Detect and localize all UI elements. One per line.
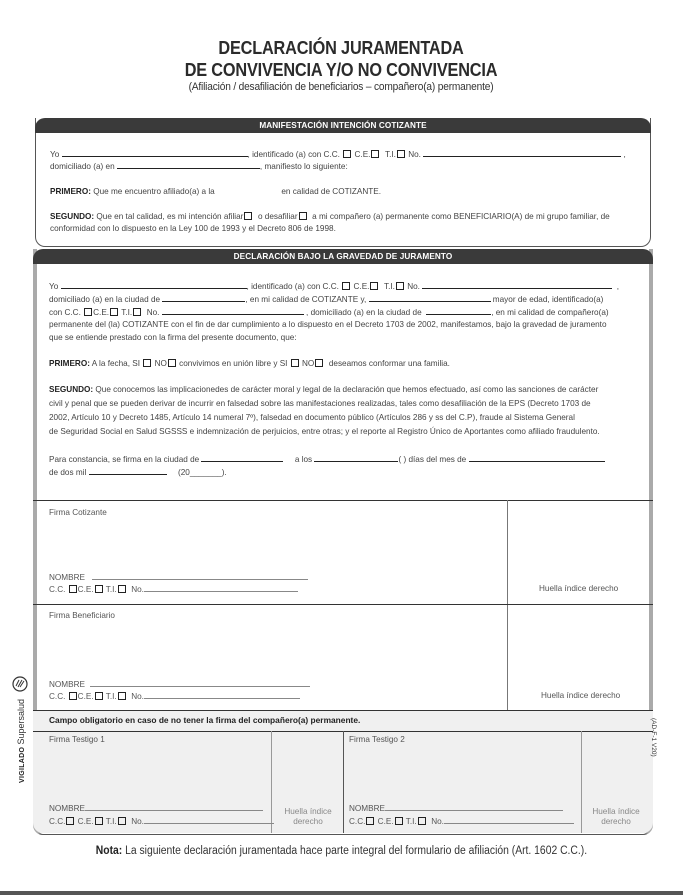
huella-testigo1-label: Huella índice derecho [273, 807, 343, 827]
month-field[interactable] [469, 453, 605, 462]
label: C.E. [355, 150, 371, 159]
s2-segundo-line4: de Seguridad Social en Salud SGSSS e ind… [49, 426, 600, 437]
label: , [624, 150, 626, 159]
text: A la fecha, SI [92, 359, 140, 368]
campo-obligatorio-notice: Campo obligatorio en caso de no tener la… [49, 715, 360, 726]
firma-testigo1-area[interactable] [49, 747, 264, 797]
ti-checkbox[interactable] [397, 150, 405, 158]
huella-beneficiario-label: Huella índice derecho [541, 691, 620, 700]
year-field[interactable] [89, 466, 167, 475]
beneficiario-id-row: C.C. C.E. T.I. No. [49, 690, 300, 701]
s2-line3: con C.C. C.E. T.I. No. , domiciliado (a)… [49, 306, 609, 318]
ce-checkbox[interactable] [95, 692, 103, 700]
bottom-border [0, 891, 683, 895]
ce-checkbox[interactable] [95, 817, 103, 825]
label: derecho [273, 817, 343, 827]
label: No. [131, 817, 144, 826]
testigo2-nombre-row: NOMBRE [349, 802, 563, 813]
label: PRIMERO: [50, 187, 91, 196]
firma-cotizante-area[interactable] [49, 519, 499, 574]
label: T.I. [406, 817, 417, 826]
label: derecho [582, 817, 650, 827]
desafiliar-checkbox[interactable] [299, 212, 307, 220]
name-field[interactable] [61, 280, 247, 289]
cotizante-nombre-row: NOMBRE [49, 571, 308, 582]
note-text: La siguiente declaración juramentada hac… [122, 845, 587, 857]
cc-checkbox[interactable] [342, 282, 350, 290]
s2-line4: permanente del (la) COTIZANTE con el fin… [49, 319, 607, 330]
nombre-field[interactable] [90, 678, 310, 687]
cc-checkbox[interactable] [366, 817, 374, 825]
s2-line5: que se entiende prestado con la firma de… [49, 332, 297, 343]
firma-testigo1-label: Firma Testigo 1 [49, 735, 105, 744]
label: NOMBRE [349, 804, 385, 813]
s2-constancia-line2: de dos mil (20_______). [49, 466, 227, 478]
id-number-field[interactable] [422, 280, 612, 289]
huella-testigo2-label: Huella índice derecho [582, 807, 650, 827]
text: en calidad de COTIZANTE. [281, 187, 381, 196]
cc-checkbox[interactable] [69, 692, 77, 700]
id-number-field[interactable] [423, 148, 621, 157]
label: domiciliado (a) en [50, 162, 115, 171]
text: Que en tal calidad, es mi intención afil… [96, 212, 243, 221]
id-number-field[interactable] [144, 583, 298, 592]
firma-beneficiario-label: Firma Beneficiario [49, 611, 115, 620]
form-code: (AD-F-1 V20) [650, 718, 657, 757]
s1-segundo-line1: SEGUNDO: Que en tal calidad, es mi inten… [50, 211, 610, 222]
cotizante-id-row: C.C. C.E. T.I. No. [49, 583, 298, 594]
text: convivimos en unión libre y SI [179, 359, 287, 368]
signing-city-field[interactable] [201, 453, 283, 462]
brand-label: Supersalud [16, 699, 26, 745]
cc-checkbox[interactable] [66, 817, 74, 825]
section-heading: DECLARACIÓN BAJO LA GRAVEDAD DE JURAMENT… [33, 249, 653, 264]
label: T.I. [385, 150, 396, 159]
text: a mi compañero (a) permanente como BENEF… [312, 212, 610, 221]
vigilado-label: VIGILADO [19, 747, 26, 783]
name-field[interactable] [62, 148, 248, 157]
beneficiario-nombre-row: NOMBRE [49, 678, 310, 689]
s2-segundo-line1: SEGUNDO: Que conocemos las implicacioned… [49, 384, 598, 395]
id-number-field[interactable] [162, 306, 304, 315]
ti-checkbox[interactable] [418, 817, 426, 825]
s2-primero: PRIMERO: A la fecha, SI NO convivimos en… [49, 358, 450, 369]
label: Yo [49, 282, 58, 291]
label: , identificado (a) con C.C. [248, 150, 340, 159]
text: Que conocemos las implicacionedes de car… [95, 385, 598, 394]
label: T.I. [384, 282, 395, 291]
label: PRIMERO: [49, 359, 90, 368]
testigo1-id-row: C.C. C.E. T.I. No. [49, 815, 274, 826]
label: ( ) días del mes de [398, 455, 466, 464]
ti-checkbox[interactable] [118, 585, 126, 593]
city-field[interactable] [162, 293, 245, 302]
label: Para constancia, se firma en la ciudad d… [49, 455, 199, 464]
label: No. [147, 308, 160, 317]
testigo1-nombre-row: NOMBRE [49, 802, 263, 813]
document-title-line1: DECLARACIÓN JURAMENTADA [0, 37, 683, 59]
label: mayor de edad, identificado(a) [493, 295, 604, 304]
note-label: Nota: [96, 845, 122, 857]
label: Huella índice [582, 807, 650, 817]
label: C.E. [93, 308, 109, 317]
firma-testigo2-label: Firma Testigo 2 [349, 735, 405, 744]
familia-no-checkbox[interactable] [315, 359, 323, 367]
firma-beneficiario-area[interactable] [49, 623, 499, 678]
label: a los [295, 455, 312, 464]
label: T.I. [106, 692, 117, 701]
afiliar-checkbox[interactable] [244, 212, 252, 220]
nombre-field[interactable] [92, 571, 308, 580]
label: NOMBRE [49, 680, 85, 689]
convivimos-no-checkbox[interactable] [168, 359, 176, 367]
document-title-line2: DE CONVIVENCIA Y/O NO CONVIVENCIA [0, 59, 683, 81]
cc-checkbox[interactable] [69, 585, 77, 593]
label: C.E. [378, 817, 394, 826]
s2-segundo-line3: 2002, Artículo 10 y Decreto 1485, Artícu… [49, 412, 575, 423]
ti-checkbox[interactable] [118, 692, 126, 700]
address-field[interactable] [117, 160, 260, 169]
label: C.C. [49, 692, 65, 701]
ti-checkbox[interactable] [396, 282, 404, 290]
label: C.E. [78, 817, 94, 826]
s1-line1: Yo , identificado (a) con C.C. C.E. T.I.… [50, 148, 626, 160]
text: deseamos conformar una familia. [329, 359, 450, 368]
beneficiary-name-field[interactable] [369, 293, 491, 302]
label: SEGUNDO: [50, 212, 94, 221]
ce-checkbox[interactable] [395, 817, 403, 825]
testigo2-id-row: C.C. C.E. T.I. No. [349, 815, 574, 826]
label: No. [407, 282, 420, 291]
huella-cotizante-label: Huella índice derecho [539, 584, 618, 593]
label: (20_______). [178, 468, 227, 477]
label: Yo [50, 150, 59, 159]
cc-checkbox[interactable] [343, 150, 351, 158]
s2-line1: Yo , identificado (a) con C.C. C.E. T.I.… [49, 280, 619, 292]
label: , en mi calidad de compañero(a) [491, 308, 608, 317]
label: T.I. [106, 585, 117, 594]
label: SEGUNDO: [49, 385, 93, 394]
label: , identificado (a) con C.C. [247, 282, 339, 291]
label: de dos mil [49, 468, 86, 477]
ce-checkbox[interactable] [95, 585, 103, 593]
label: No. [431, 817, 444, 826]
s1-primero: PRIMERO: Que me encuentro afiliado(a) a … [50, 186, 381, 197]
id-number-field[interactable] [144, 690, 300, 699]
label: No. [131, 692, 144, 701]
label: domiciliado (a) en la ciudad de [49, 295, 160, 304]
id-number-field[interactable] [144, 815, 274, 824]
footer-note: Nota: La siguiente declaración juramenta… [34, 845, 649, 857]
label: C.C. [349, 817, 365, 826]
label: , [617, 282, 619, 291]
label: , domiciliado (a) en la ciudad de [306, 308, 422, 317]
nombre-field[interactable] [385, 802, 563, 811]
convivimos-si-checkbox[interactable] [143, 359, 151, 367]
days-field[interactable] [314, 453, 398, 462]
ce-checkbox[interactable] [110, 308, 118, 316]
ce-checkbox[interactable] [371, 150, 379, 158]
nombre-field[interactable] [85, 802, 263, 811]
label: , manifiesto lo siguiente: [260, 162, 348, 171]
city-field[interactable] [426, 306, 491, 315]
s2-segundo-line2: civil y penal que se pueden derivar de i… [49, 398, 591, 409]
text: o desafiliar [258, 212, 298, 221]
label: C.E. [78, 585, 94, 594]
cc-checkbox[interactable] [84, 308, 92, 316]
label: Huella índice [273, 807, 343, 817]
label: No. [408, 150, 421, 159]
label: T.I. [121, 308, 132, 317]
section-heading: MANIFESTACIÓN INTENCIÓN COTIZANTE [35, 118, 651, 133]
ce-checkbox[interactable] [370, 282, 378, 290]
s2-line2: domiciliado (a) en la ciudad de , en mi … [49, 293, 603, 305]
label: T.I. [106, 817, 117, 826]
section-declaracion: DECLARACIÓN BAJO LA GRAVEDAD DE JURAMENT… [33, 249, 653, 835]
label: , en mi calidad de COTIZANTE y, [245, 295, 366, 304]
label: NO [155, 359, 167, 368]
id-number-field[interactable] [444, 815, 574, 824]
s1-segundo-line2: conformidad con lo dispuesto en la Ley 1… [50, 223, 336, 234]
ti-checkbox[interactable] [118, 817, 126, 825]
label: C.E. [78, 692, 94, 701]
label: con C.C. [49, 308, 81, 317]
label: C.C. [49, 817, 65, 826]
section-manifestacion: MANIFESTACIÓN INTENCIÓN COTIZANTE Yo , i… [35, 118, 651, 247]
s2-constancia-line1: Para constancia, se firma en la ciudad d… [49, 453, 605, 465]
supersalud-mark: VIGILADO Supersalud [5, 675, 35, 785]
label: C.C. [49, 585, 65, 594]
document-subtitle: (Afiliación / desafiliación de beneficia… [0, 81, 683, 93]
label: No. [131, 585, 144, 594]
ti-checkbox[interactable] [133, 308, 141, 316]
familia-si-checkbox[interactable] [291, 359, 299, 367]
label: NO [302, 359, 314, 368]
label: C.E. [354, 282, 370, 291]
s1-line2: domiciliado (a) en , manifiesto lo sigui… [50, 160, 348, 172]
firma-cotizante-label: Firma Cotizante [49, 508, 107, 517]
label: NOMBRE [49, 804, 85, 813]
label: NOMBRE [49, 573, 85, 582]
text: Que me encuentro afiliado(a) a la [93, 187, 215, 196]
firma-testigo2-area[interactable] [349, 747, 574, 797]
